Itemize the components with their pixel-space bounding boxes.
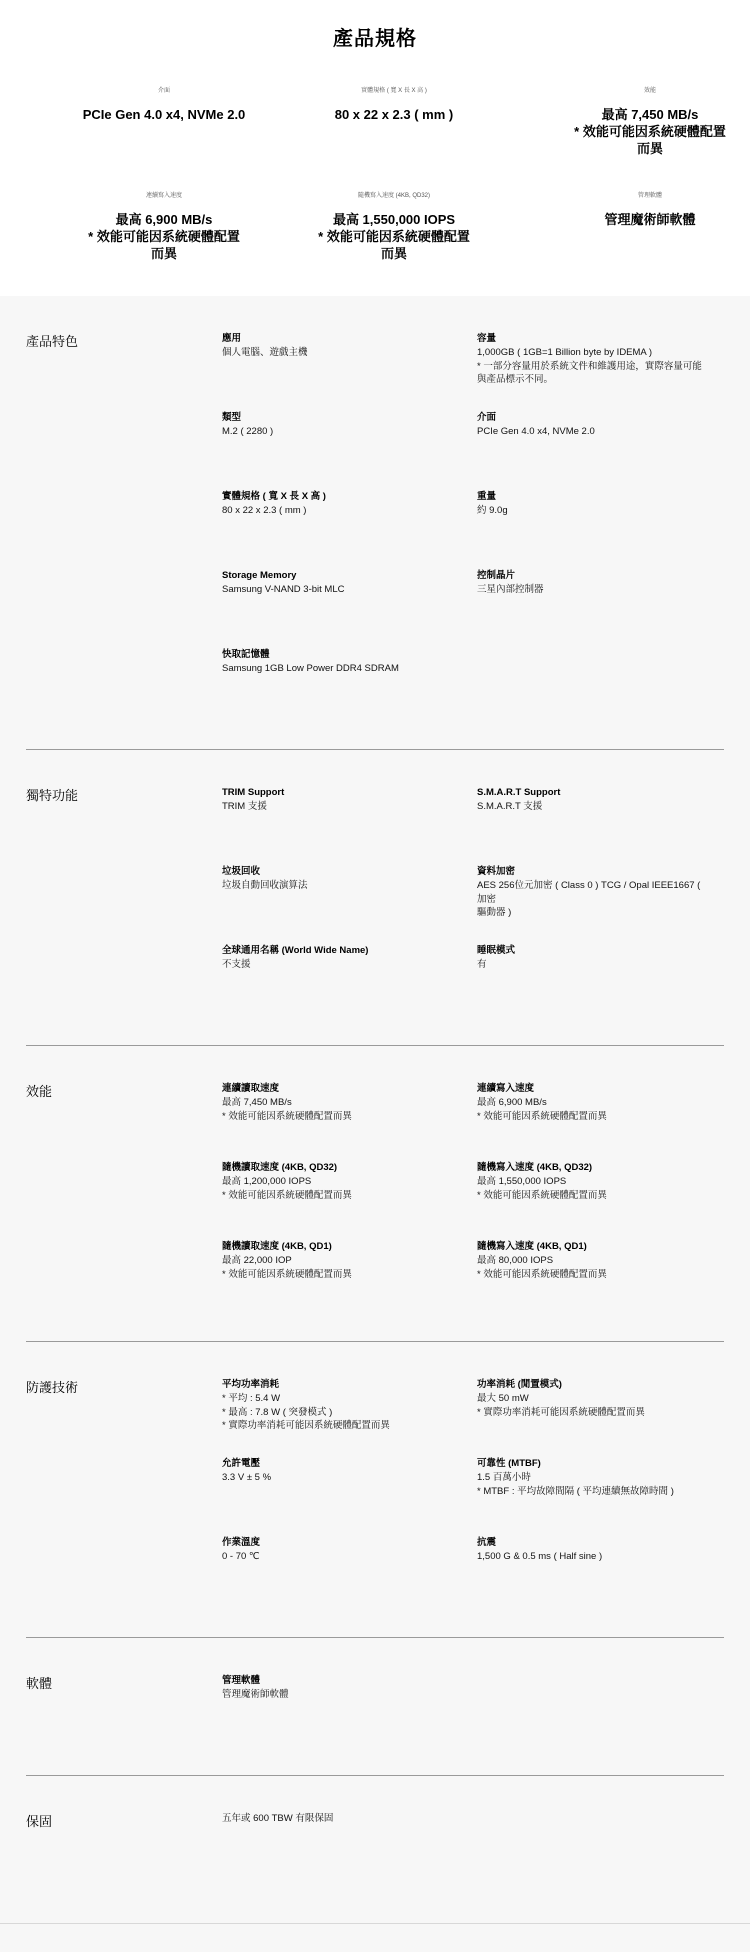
spec-item: 應用個人電腦、遊戲主機 — [222, 332, 477, 411]
spec-item: TRIM SupportTRIM 支援 — [222, 786, 477, 865]
spec-value: 約 9.0g — [477, 504, 709, 518]
highlight-value: 最高 1,550,000 IOPS * 效能可能因系統硬體配置 而異 — [294, 211, 494, 262]
spec-table: 產品特色應用個人電腦、遊戲主機容量1,000GB ( 1GB=1 Billion… — [0, 296, 750, 1924]
spec-value: S.M.A.R.T 支援 — [477, 800, 709, 814]
spec-value: 最高 1,550,000 IOPS * 效能可能因系統硬體配置而異 — [477, 1175, 709, 1202]
spec-item: 隨機寫入速度 (4KB, QD1)最高 80,000 IOPS * 效能可能因系… — [477, 1240, 719, 1319]
section-title: 軟體 — [26, 1674, 222, 1753]
section-body: 連續讀取速度最高 7,450 MB/s * 效能可能因系統硬體配置而異連續寫入速… — [222, 1082, 724, 1319]
section-body: 管理軟體管理魔術師軟體 — [222, 1674, 724, 1753]
spec-item: 連續寫入速度最高 6,900 MB/s * 效能可能因系統硬體配置而異 — [477, 1082, 719, 1161]
spec-item: 隨機讀取速度 (4KB, QD32)最高 1,200,000 IOPS * 效能… — [222, 1161, 477, 1240]
spec-section: 產品特色應用個人電腦、遊戲主機容量1,000GB ( 1GB=1 Billion… — [26, 296, 724, 750]
spec-value: 1.5 百萬小時 * MTBF : 平均故障間隔 ( 平均連續無故障時間 ) — [477, 1471, 709, 1498]
spec-label: 睡眠模式 — [477, 944, 709, 958]
spec-item: 平均功率消耗* 平均 : 5.4 W * 最高 : 7.8 W ( 突發模式 )… — [222, 1378, 477, 1457]
page-title: 產品規格 — [0, 22, 750, 51]
spec-label: 容量 — [477, 332, 709, 346]
spec-value: 五年或 600 TBW 有限保固 — [222, 1812, 467, 1826]
spec-value: * 平均 : 5.4 W * 最高 : 7.8 W ( 突發模式 ) * 實際功… — [222, 1392, 467, 1433]
section-title: 保固 — [26, 1812, 222, 1891]
spec-label: 資料加密 — [477, 865, 709, 879]
page-footer-space — [0, 1924, 750, 1952]
highlight-value: 80 x 22 x 2.3 ( mm ) — [294, 106, 494, 123]
spec-label: 隨機讀取速度 (4KB, QD1) — [222, 1240, 467, 1254]
spec-section: 效能連續讀取速度最高 7,450 MB/s * 效能可能因系統硬體配置而異連續寫… — [26, 1046, 724, 1342]
section-title: 產品特色 — [26, 332, 222, 727]
spec-label: 功率消耗 (閒置模式) — [477, 1378, 709, 1392]
spec-value: 不支援 — [222, 958, 467, 972]
spacer — [206, 191, 294, 296]
spec-item: 介面PCIe Gen 4.0 x4, NVMe 2.0 — [477, 411, 719, 490]
spec-label: 連續寫入速度 — [477, 1082, 709, 1096]
spec-item: 容量1,000GB ( 1GB=1 Billion byte by IDEMA … — [477, 332, 719, 411]
spec-label: 全球通用名稱 (World Wide Name) — [222, 944, 467, 958]
highlight-label: 管理軟體 — [525, 191, 750, 201]
spec-item: 重量約 9.0g — [477, 490, 719, 569]
spacer — [206, 86, 294, 191]
spec-section: 防護技術平均功率消耗* 平均 : 5.4 W * 最高 : 7.8 W ( 突發… — [26, 1342, 724, 1638]
spec-item: 管理軟體管理魔術師軟體 — [222, 1674, 477, 1753]
highlight-software: 管理軟體 管理魔術師軟體 — [525, 191, 750, 296]
highlight-grid: 介面 PCIe Gen 4.0 x4, NVMe 2.0 實體規格 ( 寬 X … — [0, 86, 750, 296]
spec-label: 實體規格 ( 寬 X 長 X 高 ) — [222, 490, 467, 504]
spec-item: 快取記憶體Samsung 1GB Low Power DDR4 SDRAM — [222, 648, 477, 727]
spec-label: 隨機寫入速度 (4KB, QD32) — [477, 1161, 709, 1175]
spec-value: 最高 6,900 MB/s * 效能可能因系統硬體配置而異 — [477, 1096, 709, 1123]
spec-label: 隨機寫入速度 (4KB, QD1) — [477, 1240, 709, 1254]
spec-value: 最高 1,200,000 IOPS * 效能可能因系統硬體配置而異 — [222, 1175, 467, 1202]
highlights-area: 產品規格 介面 PCIe Gen 4.0 x4, NVMe 2.0 實體規格 (… — [0, 0, 750, 296]
spec-value: Samsung 1GB Low Power DDR4 SDRAM — [222, 662, 467, 676]
spec-label: 快取記憶體 — [222, 648, 467, 662]
spec-section: 軟體管理軟體管理魔術師軟體 — [26, 1638, 724, 1776]
spec-label: 平均功率消耗 — [222, 1378, 467, 1392]
section-body: 應用個人電腦、遊戲主機容量1,000GB ( 1GB=1 Billion byt… — [222, 332, 724, 727]
spec-label: 作業溫度 — [222, 1536, 467, 1550]
spec-value: 有 — [477, 958, 709, 972]
spec-label: 介面 — [477, 411, 709, 425]
spec-item: 作業溫度0 - 70 ℃ — [222, 1536, 477, 1615]
highlight-dimensions: 實體規格 ( 寬 X 長 X 高 ) 80 x 22 x 2.3 ( mm ) — [294, 86, 494, 191]
spec-item: 功率消耗 (閒置模式)最大 50 mW * 實際功率消耗可能因系統硬體配置而異 — [477, 1378, 719, 1457]
spec-label: 隨機讀取速度 (4KB, QD32) — [222, 1161, 467, 1175]
spec-item: 類型M.2 ( 2280 ) — [222, 411, 477, 490]
highlight-label: 隨機寫入速度 (4KB, QD32) — [294, 191, 494, 201]
spec-value: 最大 50 mW * 實際功率消耗可能因系統硬體配置而異 — [477, 1392, 709, 1419]
spec-item: 睡眠模式有 — [477, 944, 719, 1023]
spec-item: 五年或 600 TBW 有限保固 — [222, 1812, 477, 1891]
spec-item: 可靠性 (MTBF)1.5 百萬小時 * MTBF : 平均故障間隔 ( 平均連… — [477, 1457, 719, 1536]
spec-value: 最高 7,450 MB/s * 效能可能因系統硬體配置而異 — [222, 1096, 467, 1123]
spec-value: 三星內部控制器 — [477, 583, 709, 597]
spec-value: 1,000GB ( 1GB=1 Billion byte by IDEMA ) … — [477, 346, 709, 387]
highlight-row: 連續寫入速度 最高 6,900 MB/s * 效能可能因系統硬體配置 而異 隨機… — [0, 191, 750, 296]
spec-value: 管理魔術師軟體 — [222, 1688, 467, 1702]
spec-item: 控制晶片三星內部控制器 — [477, 569, 719, 648]
spec-value: 垃圾自動回收演算法 — [222, 879, 467, 893]
spec-value: 80 x 22 x 2.3 ( mm ) — [222, 504, 467, 518]
highlight-label: 實體規格 ( 寬 X 長 X 高 ) — [294, 86, 494, 96]
spec-item: 隨機讀取速度 (4KB, QD1)最高 22,000 IOP * 效能可能因系統… — [222, 1240, 477, 1319]
spec-item: 資料加密AES 256位元加密 ( Class 0 ) TCG / Opal I… — [477, 865, 719, 944]
spec-value: 最高 22,000 IOP * 效能可能因系統硬體配置而異 — [222, 1254, 467, 1281]
section-body: TRIM SupportTRIM 支援S.M.A.R.T SupportS.M.… — [222, 786, 724, 1023]
spec-item: 連續讀取速度最高 7,450 MB/s * 效能可能因系統硬體配置而異 — [222, 1082, 477, 1161]
spec-label: Storage Memory — [222, 569, 467, 583]
section-body: 平均功率消耗* 平均 : 5.4 W * 最高 : 7.8 W ( 突發模式 )… — [222, 1378, 724, 1615]
highlight-value: 管理魔術師軟體 — [525, 211, 750, 228]
spec-item: 實體規格 ( 寬 X 長 X 高 )80 x 22 x 2.3 ( mm ) — [222, 490, 477, 569]
spec-value: AES 256位元加密 ( Class 0 ) TCG / Opal IEEE1… — [477, 879, 709, 920]
spec-label: 可靠性 (MTBF) — [477, 1457, 709, 1471]
spec-label: S.M.A.R.T Support — [477, 786, 709, 800]
spec-label: 類型 — [222, 411, 467, 425]
spec-label: 連續讀取速度 — [222, 1082, 467, 1096]
spec-label: 垃圾回收 — [222, 865, 467, 879]
spec-item: 隨機寫入速度 (4KB, QD32)最高 1,550,000 IOPS * 效能… — [477, 1161, 719, 1240]
section-body: 五年或 600 TBW 有限保固 — [222, 1812, 724, 1891]
spec-label: 允許電壓 — [222, 1457, 467, 1471]
spec-label: 應用 — [222, 332, 467, 346]
spec-value: TRIM 支援 — [222, 800, 467, 814]
highlight-row: 介面 PCIe Gen 4.0 x4, NVMe 2.0 實體規格 ( 寬 X … — [0, 86, 750, 191]
highlight-value: 最高 7,450 MB/s * 效能可能因系統硬體配置 而異 — [525, 106, 750, 157]
spec-value: Samsung V-NAND 3-bit MLC — [222, 583, 467, 597]
spec-label: 控制晶片 — [477, 569, 709, 583]
spec-label: 重量 — [477, 490, 709, 504]
spec-label: 抗震 — [477, 1536, 709, 1550]
spec-item: 允許電壓3.3 V ± 5 % — [222, 1457, 477, 1536]
spec-label: TRIM Support — [222, 786, 467, 800]
spec-item: 全球通用名稱 (World Wide Name)不支援 — [222, 944, 477, 1023]
spec-value: 最高 80,000 IOPS * 效能可能因系統硬體配置而異 — [477, 1254, 709, 1281]
spec-item: S.M.A.R.T SupportS.M.A.R.T 支援 — [477, 786, 719, 865]
spec-value: 0 - 70 ℃ — [222, 1550, 467, 1564]
highlight-label: 效能 — [525, 86, 750, 96]
spec-value: M.2 ( 2280 ) — [222, 425, 467, 439]
spec-value: 個人電腦、遊戲主機 — [222, 346, 467, 360]
spec-item: 抗震1,500 G & 0.5 ms ( Half sine ) — [477, 1536, 719, 1615]
spec-section: 獨特功能TRIM SupportTRIM 支援S.M.A.R.T Support… — [26, 750, 724, 1046]
spec-item: Storage MemorySamsung V-NAND 3-bit MLC — [222, 569, 477, 648]
section-title: 獨特功能 — [26, 786, 222, 1023]
spec-value: 1,500 G & 0.5 ms ( Half sine ) — [477, 1550, 709, 1564]
spec-item: 垃圾回收垃圾自動回收演算法 — [222, 865, 477, 944]
spec-value: 3.3 V ± 5 % — [222, 1471, 467, 1485]
spec-value: PCIe Gen 4.0 x4, NVMe 2.0 — [477, 425, 709, 439]
section-title: 效能 — [26, 1082, 222, 1319]
highlight-performance: 效能 最高 7,450 MB/s * 效能可能因系統硬體配置 而異 — [525, 86, 750, 191]
spec-section: 保固五年或 600 TBW 有限保固 — [0, 1776, 750, 1924]
highlight-random-write: 隨機寫入速度 (4KB, QD32) 最高 1,550,000 IOPS * 效… — [294, 191, 494, 296]
spec-label: 管理軟體 — [222, 1674, 467, 1688]
section-title: 防護技術 — [26, 1378, 222, 1615]
